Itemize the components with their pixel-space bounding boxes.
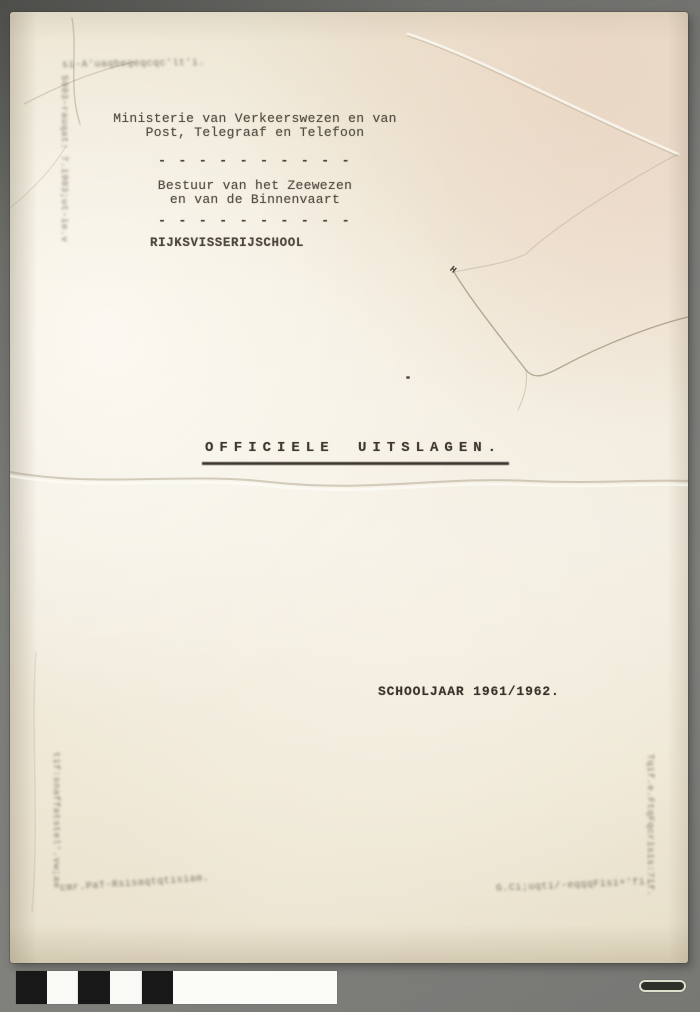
- dashed-separator-1: - - - - - - - - - -: [85, 153, 425, 168]
- illegible-smudge-bottom-left-vertical: tif:snaffatstel'.vw;ae: [46, 752, 62, 900]
- calibration-white-bar: [173, 971, 337, 1004]
- ministry-line-1: Ministerie van Verkeerswezen en van: [85, 111, 425, 126]
- calibration-segment-white-2: [110, 971, 142, 1004]
- school-year: SCHOOLJAAR 1961/1962.: [378, 684, 560, 699]
- illegible-smudge-top: si-A'uaqbeqeqcqc'lt'i.af '!?: [62, 58, 204, 75]
- scanner-backdrop: si-A'uaqbeqeqcqc'lt'i.af '!? 5003-rauqat…: [0, 0, 700, 1012]
- stray-ink-mark: H: [447, 264, 458, 275]
- title-underline: [202, 462, 509, 465]
- school-name: RIJKSVISSERIJSCHOOL: [150, 236, 304, 250]
- department-line-2: en van de Binnenvaart: [85, 192, 425, 207]
- scanned-document-page: si-A'uaqbeqeqcqc'lt'i.af '!? 5003-rauqat…: [10, 12, 688, 963]
- calibration-segment-white-1: [47, 971, 78, 1004]
- ink-speck: [406, 376, 410, 379]
- calibration-segment-black-2: [78, 971, 110, 1004]
- illegible-smudge-bottom-left-horizontal: cmr.PaT-Rsisaqtqtisiam.: [60, 872, 223, 898]
- document-title: OFFICIELE UITSLAGEN.: [205, 440, 502, 456]
- ministry-line-2: Post, Telegraaf en Telefoon: [85, 125, 425, 140]
- illegible-smudge-bottom-right-vertical: Tqif.e.FtqFqcrisis:7if.c: [640, 754, 656, 896]
- calibration-segment-black-1: [16, 971, 47, 1004]
- calibration-segment-black-3: [142, 971, 173, 1004]
- department-line-1: Bestuur van het Zeewezen: [85, 178, 425, 193]
- illegible-smudge-left: 5003-rauqat: 7.i903;ut-ie.v: [54, 75, 70, 273]
- dashed-separator-2: - - - - - - - - - -: [85, 213, 425, 228]
- reference-chip: [639, 980, 686, 992]
